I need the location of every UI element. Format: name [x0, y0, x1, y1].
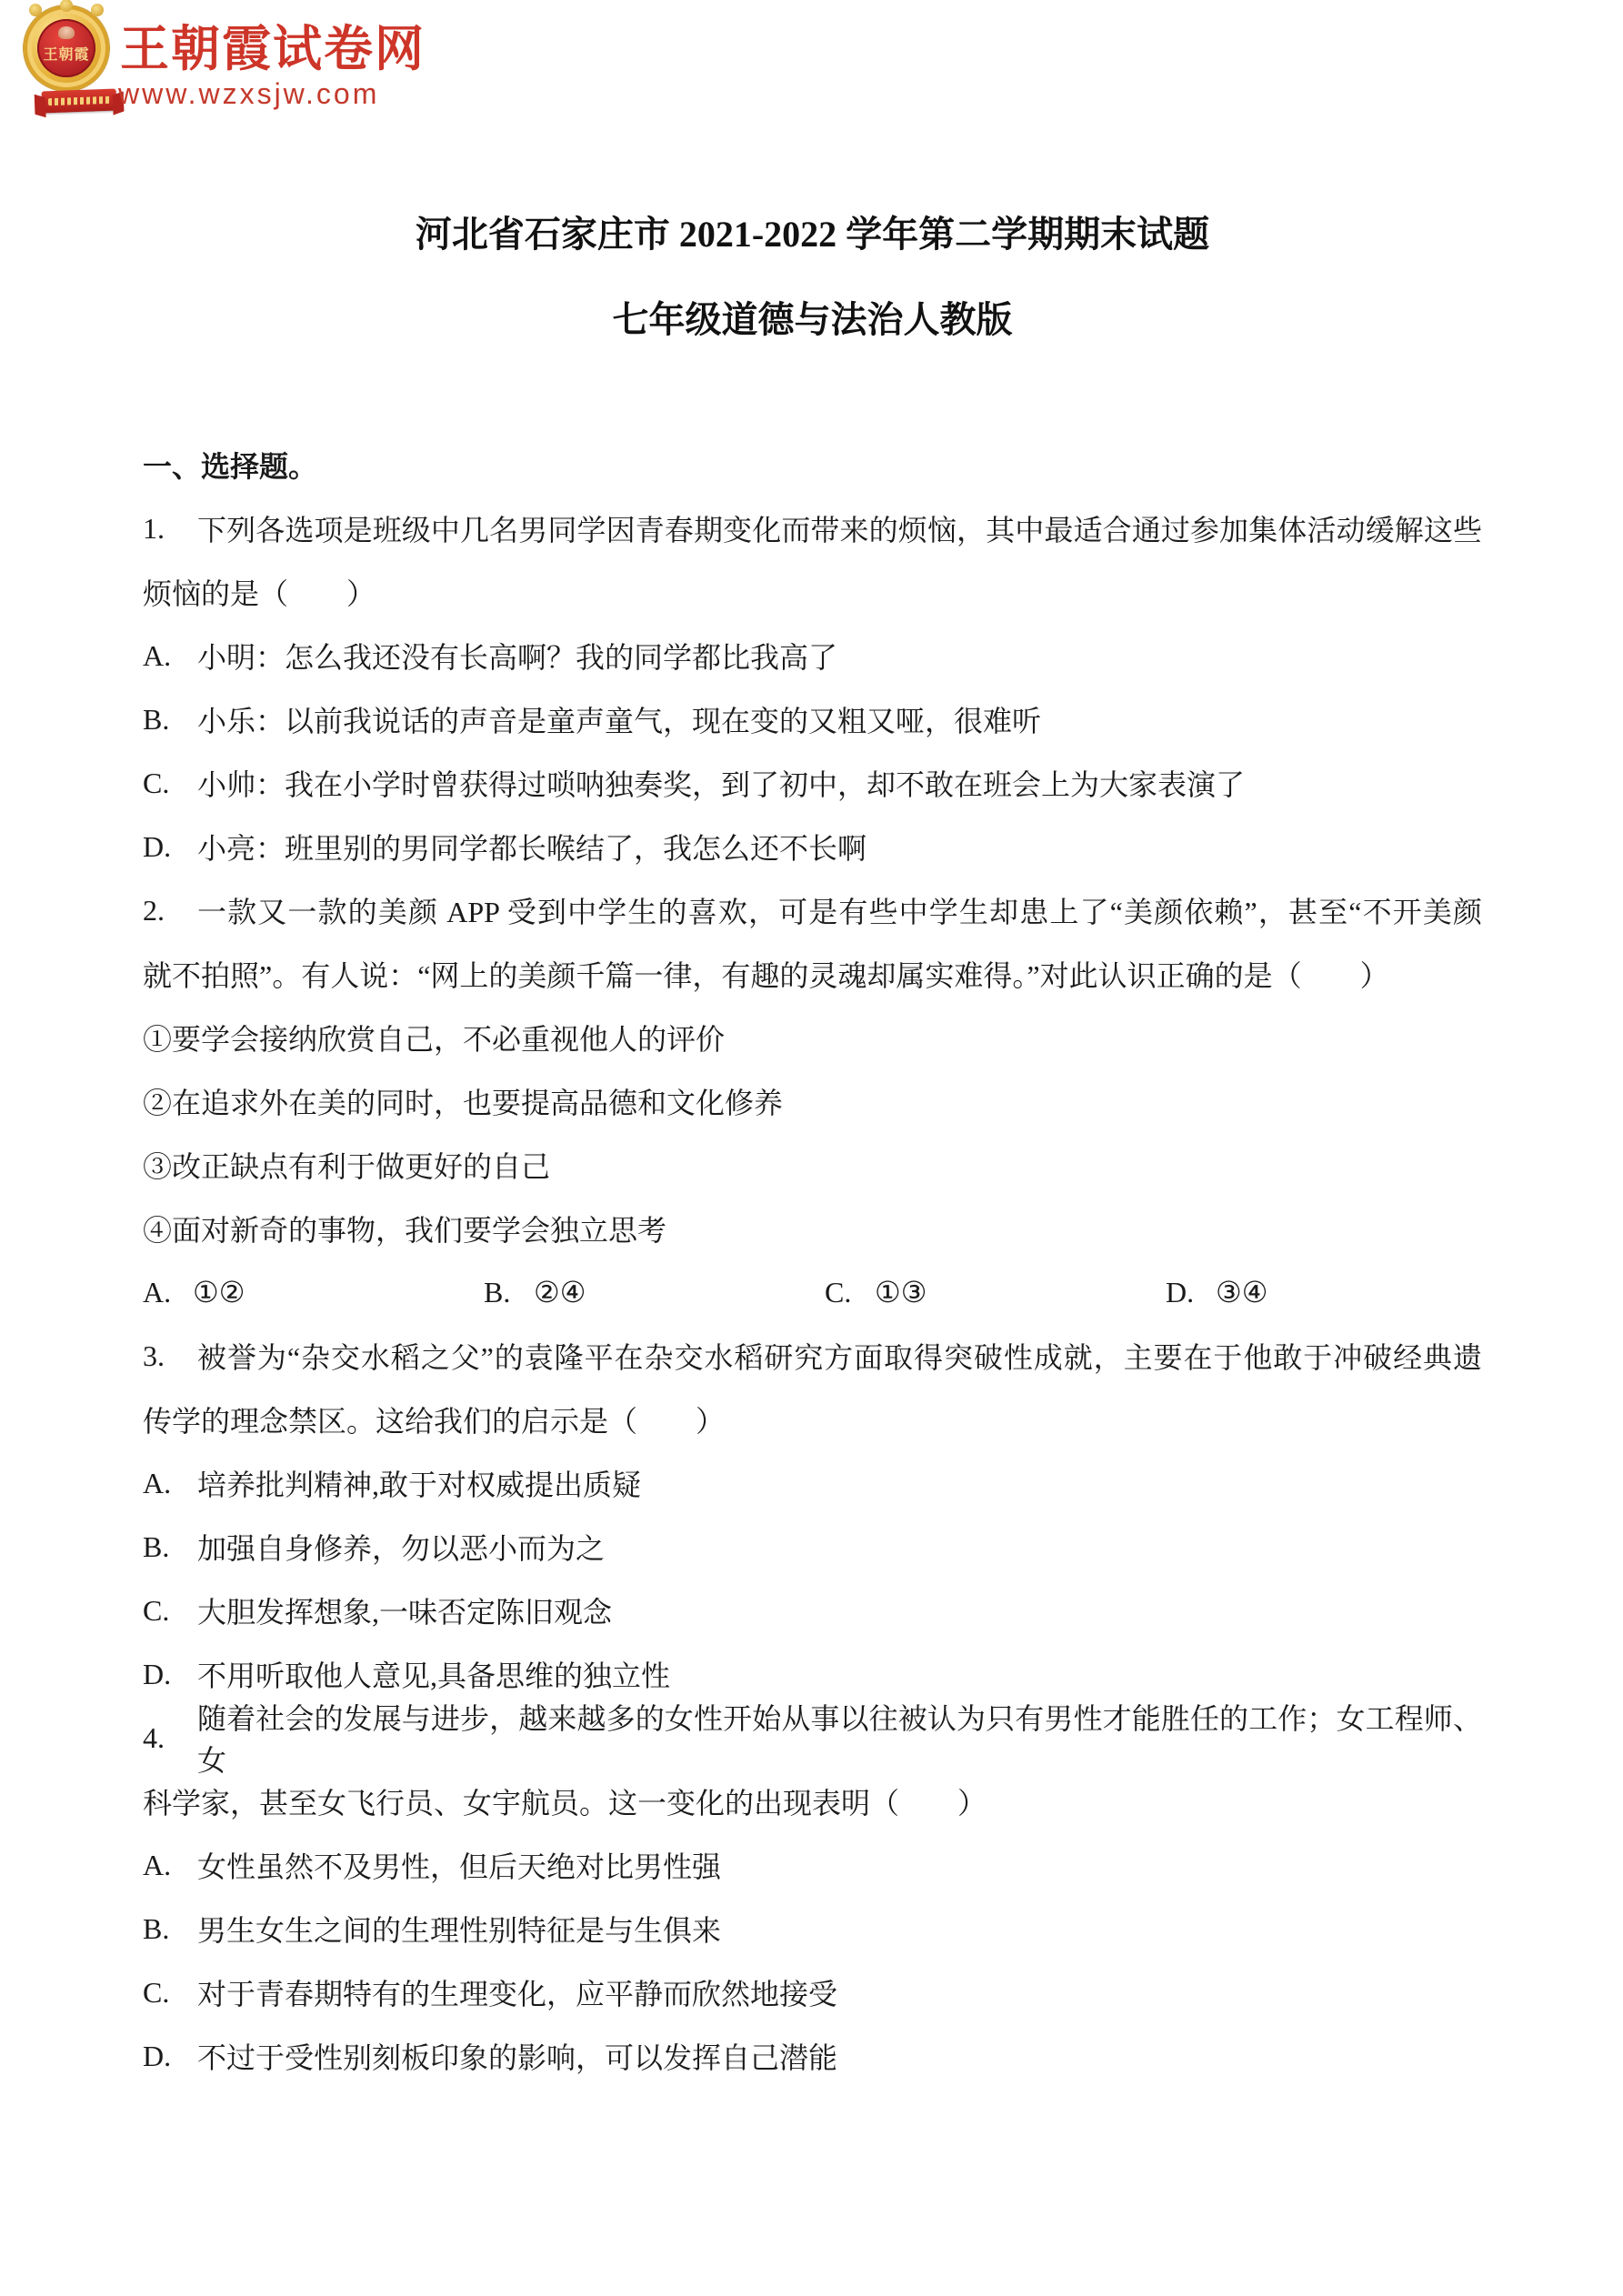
section-heading: 一、选择题。 — [143, 444, 317, 486]
option-label: B. — [143, 1912, 197, 1946]
question-4-option-b: B. 男生女生之间的生理性别特征是与生俱来 — [143, 1897, 1482, 1960]
question-2-option-a: A. ①② — [143, 1275, 484, 1309]
paper-title-line1: 河北省石家庄市 2021-2022 学年第二学期期末试题 — [143, 211, 1482, 258]
question-3-line-1: 3. 被誉为“杂交水稻之父”的袁隆平在杂交水稻研究方面取得突破性成就，主要在于他… — [143, 1324, 1482, 1388]
option-text: 不过于受性别刻板印象的影响，可以发挥自己潜能 — [197, 2035, 1482, 2077]
question-2-line-1: 2. 一款又一款的美颜 APP 受到中学生的喜欢，可是有些中学生却患上了“美颜依… — [143, 878, 1482, 942]
question-text: 传学的理念禁区。这给我们的启示是（ ） — [143, 1399, 1482, 1440]
question-text: 被誉为“杂交水稻之父”的袁隆平在杂交水稻研究方面取得突破性成就，主要在于他敢于冲… — [197, 1335, 1482, 1377]
medal-ribbon — [42, 89, 117, 114]
question-3-option-c: C. 大胆发挥想象,一味否定陈旧观念 — [143, 1579, 1482, 1642]
option-text: ②④ — [534, 1275, 586, 1309]
medal-crown-icon — [60, 0, 73, 12]
medal-name-text: 王朝霞 — [43, 43, 89, 64]
question-text: 科学家，甚至女飞行员、女宇航员。这一变化的出现表明（ ） — [143, 1780, 1482, 1822]
question-number: 2. — [143, 894, 197, 927]
question-2-option-d: D. ③④ — [1166, 1275, 1267, 1309]
statement-text: ④面对新奇的事物，我们要学会独立思考 — [143, 1208, 1482, 1249]
medal-badge-icon: 王朝霞 — [24, 5, 109, 91]
question-1-option-c: C. 小帅：我在小学时曾获得过唢呐独奏奖，到了初中，却不敢在班会上为大家表演了 — [143, 751, 1482, 815]
medal-crown-icon — [91, 4, 104, 16]
option-label: B. — [143, 703, 197, 737]
brand-url: www.wzxsjw.com — [118, 78, 379, 109]
question-text: 下列各选项是班级中几名男同学因青春期变化而带来的烦恼，其中最适合通过参加集体活动… — [197, 507, 1482, 549]
option-label: A. — [143, 1849, 197, 1882]
question-3-option-a: A. 培养批判精神,敢于对权威提出质疑 — [143, 1451, 1482, 1515]
question-2-item-1: ①要学会接纳欣赏自己，不必重视他人的评价 — [143, 1006, 1482, 1069]
option-label: C. — [825, 1276, 875, 1309]
question-2-option-b: B. ②④ — [484, 1275, 825, 1309]
question-1-line-2: 烦恼的是（ ） — [143, 560, 1482, 624]
question-4-option-d: D. 不过于受性别刻板印象的影响，可以发挥自己潜能 — [143, 2024, 1482, 2088]
question-2-options-row: A. ①② B. ②④ C. ①③ D. ③④ — [143, 1260, 1482, 1324]
option-label: C. — [143, 767, 197, 800]
option-label: B. — [143, 1530, 197, 1564]
question-3-option-b: B. 加强自身修养，勿以恶小而为之 — [143, 1515, 1482, 1579]
option-label: A. — [143, 1276, 193, 1309]
question-text: 就不拍照”。有人说：“网上的美颜千篇一律，有趣的灵魂却属实难得。”对此认识正确的… — [143, 953, 1482, 995]
question-number: 3. — [143, 1339, 197, 1373]
option-text: ①③ — [875, 1275, 927, 1309]
question-2-line-2: 就不拍照”。有人说：“网上的美颜千篇一律，有趣的灵魂却属实难得。”对此认识正确的… — [143, 942, 1482, 1006]
option-label: C. — [143, 1594, 197, 1628]
option-text: ③④ — [1216, 1275, 1267, 1309]
option-text: 小帅：我在小学时曾获得过唢呐独奏奖，到了初中，却不敢在班会上为大家表演了 — [197, 762, 1482, 804]
question-text: 烦恼的是（ ） — [143, 571, 1482, 613]
option-text: 男生女生之间的生理性别特征是与生俱来 — [197, 1908, 1482, 1950]
question-2-item-2: ②在追求外在美的同时，也要提高品德和文化修养 — [143, 1069, 1482, 1133]
medal-inner-disc: 王朝霞 — [37, 19, 95, 77]
option-label: C. — [143, 1976, 197, 2010]
question-2-item-3: ③改正缺点有利于做更好的自己 — [143, 1133, 1482, 1197]
question-4-option-a: A. 女性虽然不及男性，但后天绝对比男性强 — [143, 1833, 1482, 1897]
section-heading-row: 一、选择题。 — [143, 433, 1482, 496]
statement-text: ①要学会接纳欣赏自己，不必重视他人的评价 — [143, 1017, 1482, 1058]
question-1-line-1: 1. 下列各选项是班级中几名男同学因青春期变化而带来的烦恼，其中最适合通过参加集… — [143, 496, 1482, 560]
option-label: D. — [143, 830, 197, 864]
option-text: 大胆发挥想象,一味否定陈旧观念 — [197, 1589, 1482, 1631]
exam-paper-page: 王朝霞 王朝霞试卷网 www.wzxsjw.com 河北省石家庄市 2021-2… — [0, 0, 1623, 2296]
ribbon-micro-text — [48, 96, 110, 105]
medal-crown-icon — [29, 4, 42, 16]
option-text: 不用听取他人意见,具备思维的独立性 — [197, 1653, 1482, 1695]
option-text: 培养批判精神,敢于对权威提出质疑 — [197, 1462, 1482, 1504]
option-label: D. — [143, 1658, 197, 1691]
question-4-line-1: 4. 随着社会的发展与进步，越来越多的女性开始从事以往被认为只有男性才能胜任的工… — [143, 1706, 1482, 1770]
question-1-option-d: D. 小亮：班里别的男同学都长喉结了，我怎么还不长啊 — [143, 815, 1482, 878]
question-1-option-b: B. 小乐：以前我说话的声音是童声童气，现在变的又粗又哑，很难听 — [143, 687, 1482, 751]
option-text: ①② — [193, 1275, 245, 1309]
site-logo: 王朝霞 王朝霞试卷网 www.wzxsjw.com — [0, 0, 546, 127]
question-1-option-a: A. 小明：怎么我还没有长高啊？我的同学都比我高了 — [143, 624, 1482, 687]
option-text: 对于青春期特有的生理变化，应平静而欣然地接受 — [197, 1971, 1482, 2013]
option-text: 加强自身修养，勿以恶小而为之 — [197, 1526, 1482, 1568]
paper-body: 一、选择题。 1. 下列各选项是班级中几名男同学因青春期变化而带来的烦恼，其中最… — [143, 433, 1482, 2088]
option-text: 小乐：以前我说话的声音是童声童气，现在变的又粗又哑，很难听 — [197, 698, 1482, 740]
statement-text: ②在追求外在美的同时，也要提高品德和文化修养 — [143, 1080, 1482, 1122]
option-text: 小明：怎么我还没有长高啊？我的同学都比我高了 — [197, 635, 1482, 677]
statement-text: ③改正缺点有利于做更好的自己 — [143, 1144, 1482, 1186]
question-2-item-4: ④面对新奇的事物，我们要学会独立思考 — [143, 1197, 1482, 1260]
question-2-option-c: C. ①③ — [825, 1275, 1166, 1309]
option-label: A. — [143, 639, 197, 673]
question-4-option-c: C. 对于青春期特有的生理变化，应平静而欣然地接受 — [143, 1960, 1482, 2024]
medal-portrait-icon — [58, 26, 75, 39]
question-text: 一款又一款的美颜 APP 受到中学生的喜欢，可是有些中学生却患上了“美颜依赖”，… — [197, 889, 1482, 931]
paper-title-line2: 七年级道德与法治人教版 — [143, 296, 1482, 344]
option-label: D. — [143, 2040, 197, 2073]
option-text: 小亮：班里别的男同学都长喉结了，我怎么还不长啊 — [197, 826, 1482, 867]
option-label: A. — [143, 1467, 197, 1500]
brand-name: 王朝霞试卷网 — [120, 22, 426, 76]
question-number: 4. — [143, 1721, 197, 1755]
option-label: D. — [1166, 1276, 1216, 1309]
question-number: 1. — [143, 512, 197, 546]
option-label: B. — [484, 1276, 534, 1309]
option-text: 女性虽然不及男性，但后天绝对比男性强 — [197, 1844, 1482, 1886]
question-text: 随着社会的发展与进步，越来越多的女性开始从事以往被认为只有男性才能胜任的工作；女… — [197, 1696, 1482, 1780]
question-3-line-2: 传学的理念禁区。这给我们的启示是（ ） — [143, 1388, 1482, 1451]
